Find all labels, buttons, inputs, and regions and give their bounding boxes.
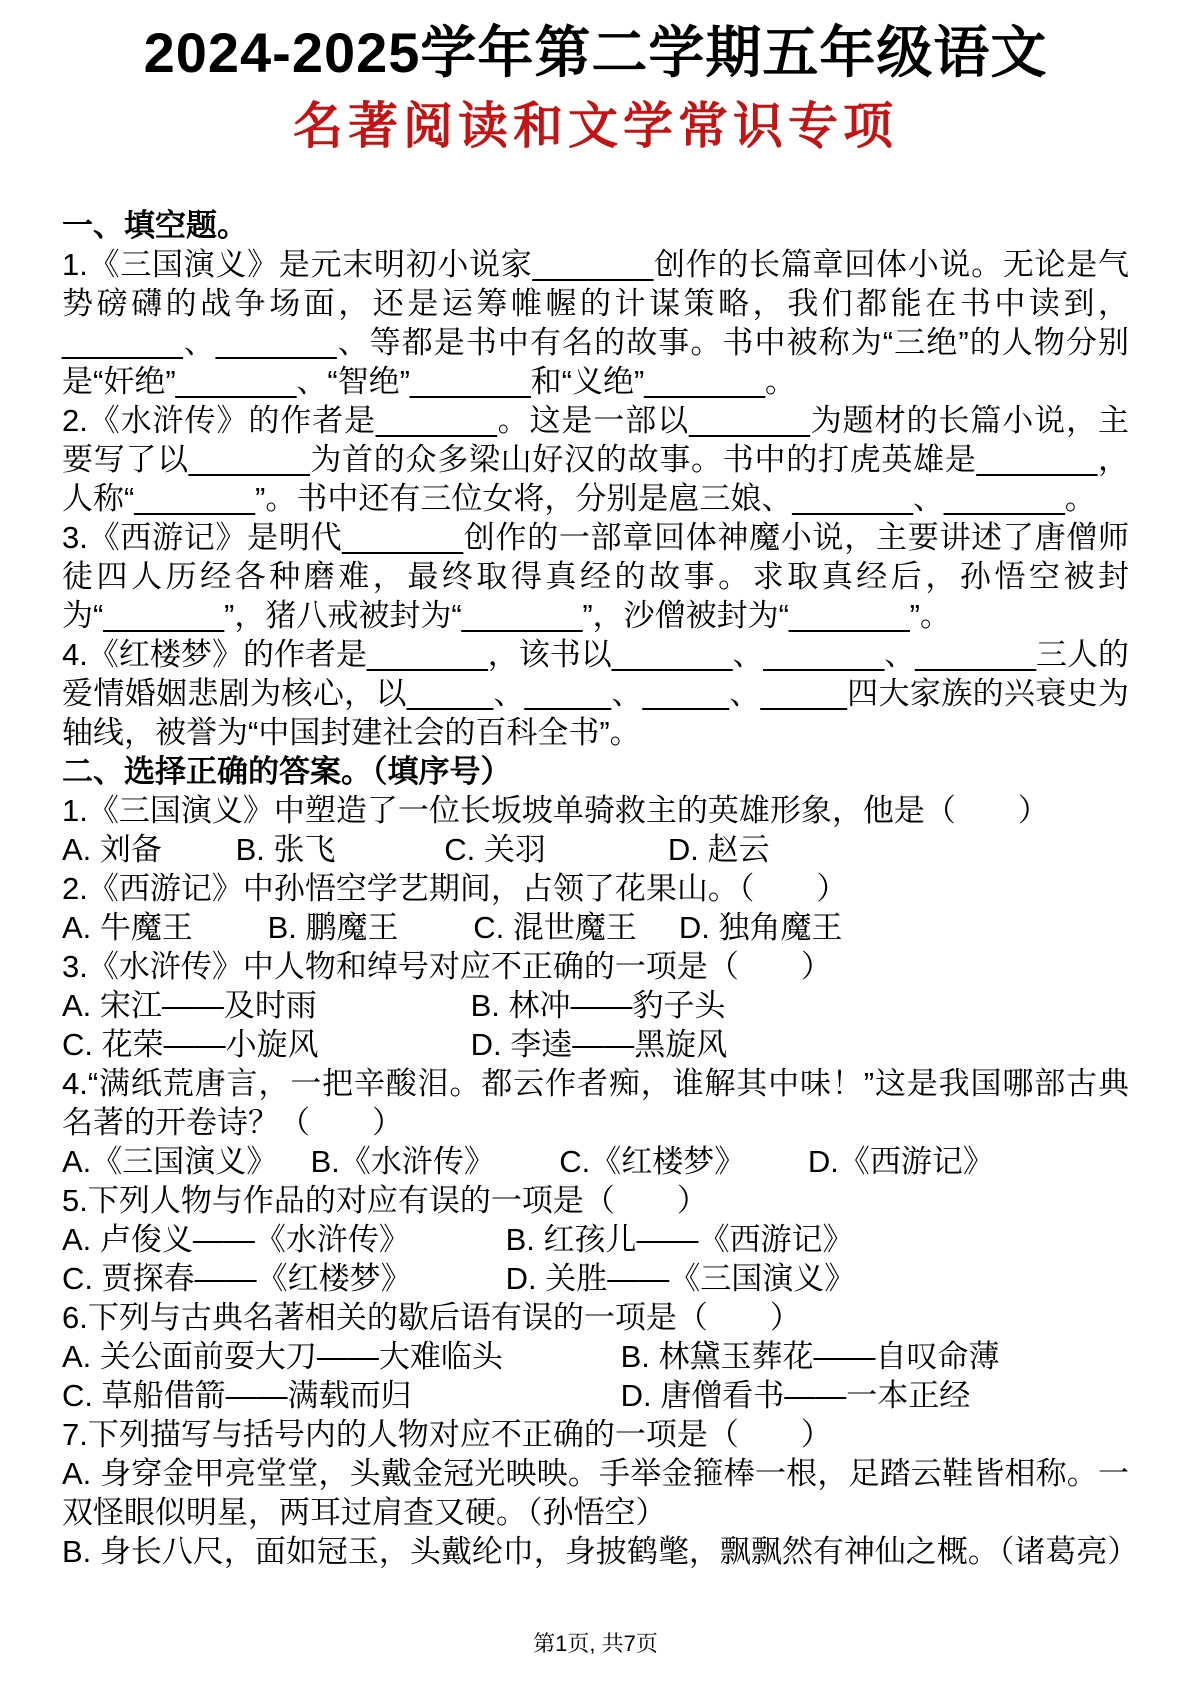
choice-question-4: 4.“满纸荒唐言，一把辛酸泪。都云作者痴，谁解其中味！”这是我国哪部古典名著的开…	[62, 1064, 1129, 1142]
section1-heading: 一、填空题。	[62, 206, 1129, 245]
section2-heading: 二、选择正确的答案。（填序号）	[62, 752, 1129, 791]
choice-q5-option-d: D. 关胜——《三国演义》	[506, 1259, 856, 1298]
fill-question-4: 4.《红楼梦》的作者是_______，该书以_______、_______、__…	[62, 635, 1129, 752]
choice-q4-option-a: A.《三国演义》	[62, 1142, 302, 1181]
choice-q5-options-row1: A. 卢俊义——《水浒传》 B. 红孩儿——《西游记》	[62, 1220, 1129, 1259]
choice-q4-option-d: D.《西游记》	[808, 1142, 994, 1181]
choice-q1-option-d: D. 赵云	[668, 830, 770, 869]
choice-q2-options: A. 牛魔王 B. 鹏魔王 C. 混世魔王 D. 独角魔王	[62, 908, 1129, 947]
choice-q6-option-b: B. 林黛玉葬花——自叹命薄	[621, 1337, 1000, 1376]
choice-question-6: 6.下列与古典名著相关的歇后语有误的一项是（ ）	[62, 1298, 1129, 1337]
choice-q6-options-row1: A. 关公面前耍大刀——大难临头 B. 林黛玉葬花——自叹命薄	[62, 1337, 1129, 1376]
fill-question-2: 2.《水浒传》的作者是_______。这是一部以_______为题材的长篇小说，…	[62, 401, 1129, 518]
worksheet-page: 2024-2025学年第二学期五年级语文 名著阅读和文学常识专项 一、填空题。 …	[0, 0, 1191, 1684]
choice-q3-option-a: A. 宋江——及时雨	[62, 986, 462, 1025]
worksheet-body: 一、填空题。 1.《三国演义》是元末明初小说家_______创作的长篇章回体小说…	[62, 206, 1129, 1571]
choice-question-3: 3.《水浒传》中人物和绰号对应不正确的一项是（ ）	[62, 947, 1129, 986]
choice-q5-option-b: B. 红孩儿——《西游记》	[506, 1220, 854, 1259]
choice-question-1: 1.《三国演义》中塑造了一位长坂坡单骑救主的英雄形象，他是（ ）	[62, 791, 1129, 830]
choice-question-7: 7.下列描写与括号内的人物对应不正确的一项是（ ）	[62, 1415, 1129, 1454]
choice-q1-option-a: A. 刘备	[62, 830, 227, 869]
page-title: 2024-2025学年第二学期五年级语文	[0, 0, 1191, 90]
choice-q5-options-row2: C. 贾探春——《红楼梦》 D. 关胜——《三国演义》	[62, 1259, 1129, 1298]
choice-q6-option-c: C. 草船借箭——满载而归	[62, 1376, 612, 1415]
choice-q3-options-row2: C. 花荣——小旋风 D. 李逵——黑旋风	[62, 1025, 1129, 1064]
choice-q1-option-c: C. 关羽	[444, 830, 659, 869]
choice-q4-options: A.《三国演义》 B.《水浒传》 C.《红楼梦》 D.《西游记》	[62, 1142, 1129, 1181]
page-subtitle: 名著阅读和文学常识专项	[0, 96, 1191, 156]
choice-q4-option-b: B.《水浒传》	[311, 1142, 551, 1181]
fill-question-3: 3.《西游记》是明代_______创作的一部章回体神魔小说，主要讲述了唐僧师徒四…	[62, 518, 1129, 635]
choice-q1-options: A. 刘备 B. 张飞 C. 关羽 D. 赵云	[62, 830, 1129, 869]
choice-q5-option-a: A. 卢俊义——《水浒传》	[62, 1220, 497, 1259]
choice-q6-options-row2: C. 草船借箭——满载而归 D. 唐僧看书——一本正经	[62, 1376, 1129, 1415]
choice-q3-option-c: C. 花荣——小旋风	[62, 1025, 462, 1064]
choice-q3-options-row1: A. 宋江——及时雨 B. 林冲——豹子头	[62, 986, 1129, 1025]
choice-q7-option-a: A. 身穿金甲亮堂堂，头戴金冠光映映。手举金箍棒一根，足踏云鞋皆相称。一双怪眼似…	[62, 1454, 1129, 1532]
choice-q2-option-d: D. 独角魔王	[679, 908, 843, 947]
choice-q1-option-b: B. 张飞	[236, 830, 436, 869]
page-number: 第1页, 共7页	[0, 1627, 1191, 1658]
choice-q7-option-b: B. 身长八尺，面如冠玉，头戴纶巾，身披鹤氅，飘飘然有神仙之概。（诸葛亮）	[62, 1532, 1129, 1571]
fill-question-1: 1.《三国演义》是元末明初小说家_______创作的长篇章回体小说。无论是气势磅…	[62, 245, 1129, 401]
choice-question-5: 5.下列人物与作品的对应有误的一项是（ ）	[62, 1181, 1129, 1220]
choice-q6-option-d: D. 唐僧看书——一本正经	[621, 1376, 971, 1415]
choice-q3-option-d: D. 李逵——黑旋风	[471, 1025, 728, 1064]
choice-q4-option-c: C.《红楼梦》	[559, 1142, 799, 1181]
choice-q6-option-a: A. 关公面前耍大刀——大难临头	[62, 1337, 612, 1376]
choice-q5-option-c: C. 贾探春——《红楼梦》	[62, 1259, 497, 1298]
choice-q2-option-a: A. 牛魔王	[62, 908, 259, 947]
choice-question-2: 2.《西游记》中孙悟空学艺期间，占领了花果山。（ ）	[62, 869, 1129, 908]
choice-q2-option-b: B. 鹏魔王	[268, 908, 465, 947]
choice-q2-option-c: C. 混世魔王	[473, 908, 670, 947]
choice-q3-option-b: B. 林冲——豹子头	[471, 986, 726, 1025]
